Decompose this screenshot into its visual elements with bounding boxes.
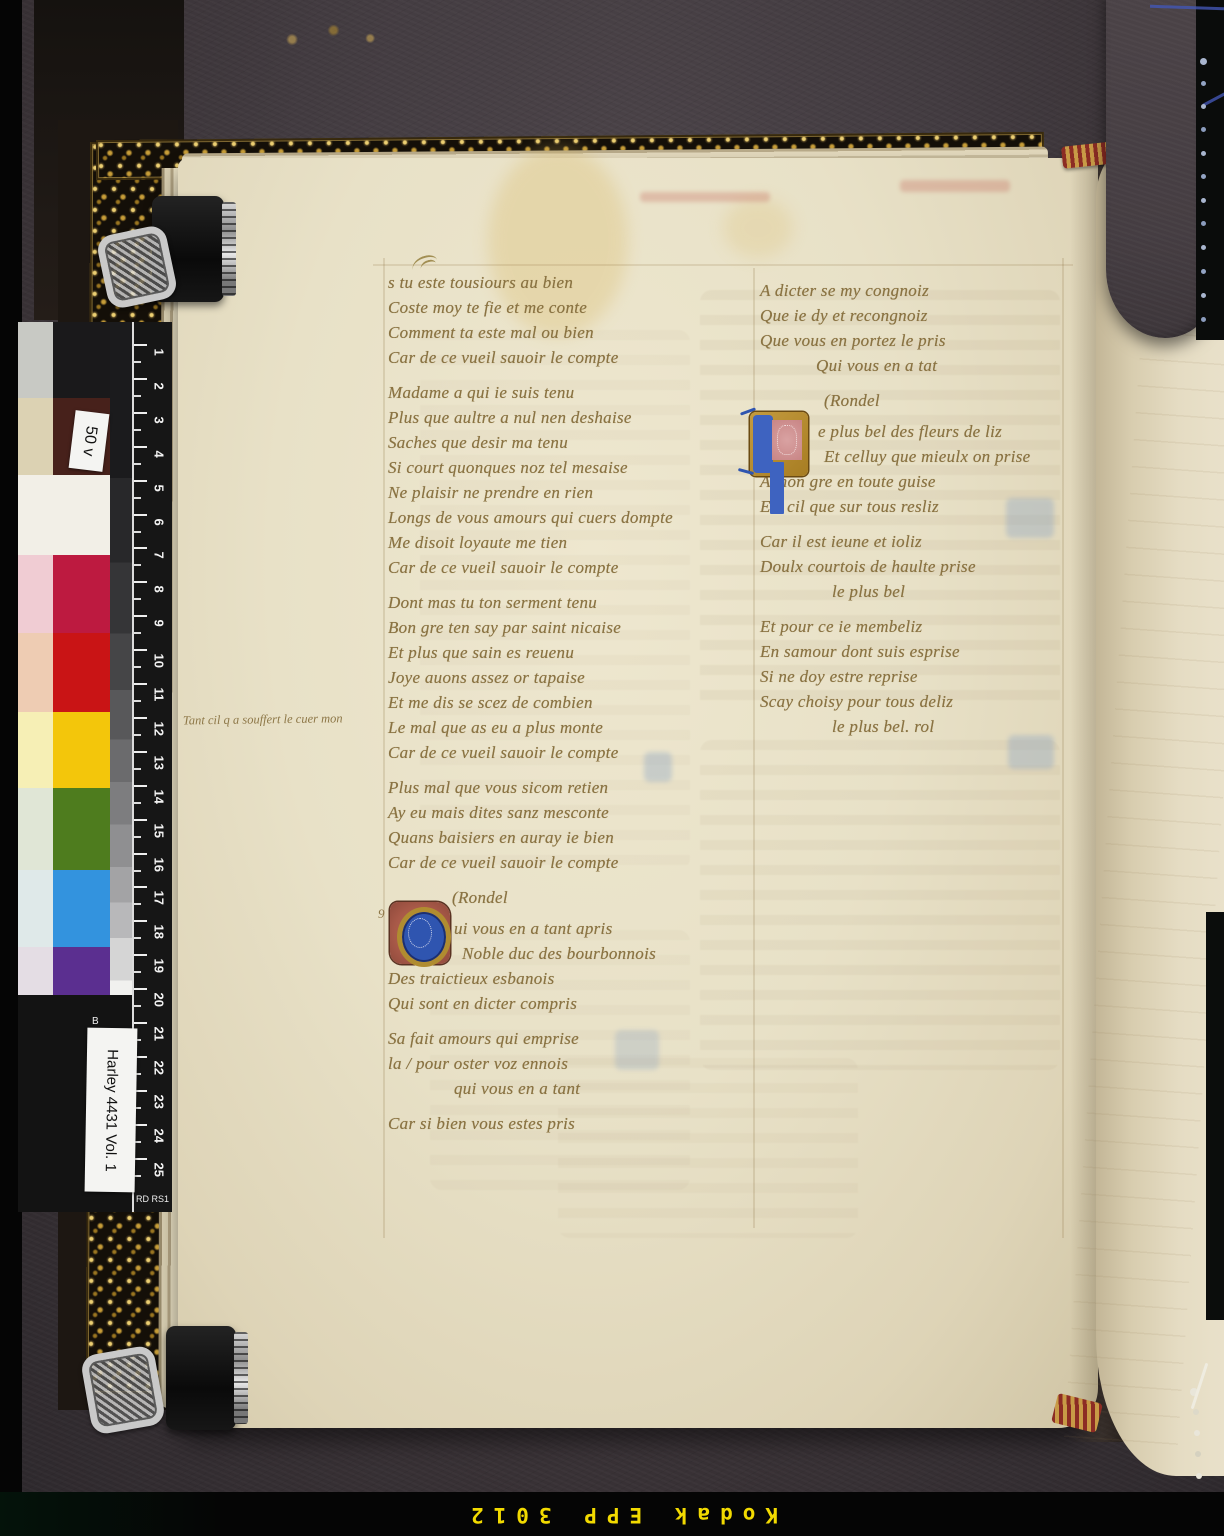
ruler-tick xyxy=(134,971,141,973)
ruler-tick xyxy=(134,412,147,414)
ruler-tick xyxy=(134,1005,141,1007)
stitching-dots xyxy=(1200,58,1207,65)
ruler-tick xyxy=(134,531,141,533)
ruler-number: 22 xyxy=(152,1060,167,1082)
ruler-tick xyxy=(134,700,141,702)
color-patch-strong xyxy=(53,633,110,712)
color-patch-pale xyxy=(18,712,53,788)
ruler-number: 6 xyxy=(152,518,167,540)
text-line: Ne plaisir ne prendre en rien xyxy=(388,480,733,505)
text-line: Car il est ieune et ioliz xyxy=(760,529,1090,554)
ruler-tick xyxy=(134,751,147,753)
ruler-tick xyxy=(134,497,141,499)
text-line: Coste moy te fie et me conte xyxy=(388,295,733,320)
ruler-tick xyxy=(134,666,141,668)
text-line: Et celluy que mieulx on prise xyxy=(760,444,1090,469)
binder-clip-metal-strip xyxy=(234,1332,248,1424)
stanza: Plus mal que vous sicom retienAy eu mais… xyxy=(388,775,733,875)
color-patch-strong xyxy=(53,712,110,788)
ruler-tick xyxy=(134,1158,147,1160)
color-patch-row xyxy=(18,712,110,788)
color-patch-pale xyxy=(18,870,53,947)
text-line: qui vous en a tant xyxy=(388,1076,733,1101)
text-line: Qui vous en a tat xyxy=(760,353,1090,378)
text-line: Plus mal que vous sicom retien xyxy=(388,775,733,800)
text-line: Saches que desir ma tenu xyxy=(388,430,733,455)
color-patch-row xyxy=(18,633,110,712)
stanza: s tu este tousiours au bienCoste moy te … xyxy=(388,270,733,370)
text-line: A dicter se my congnoiz xyxy=(760,278,1090,303)
ruling-line xyxy=(383,258,385,1238)
ruler-tick xyxy=(134,463,141,465)
film-rebate-right xyxy=(1206,912,1224,1320)
text-line: Que ie dy et recongnoiz xyxy=(760,303,1090,328)
stanza: Car si bien vous estes pris xyxy=(388,1111,733,1136)
color-patch-pale xyxy=(18,947,53,995)
ruler-tick xyxy=(134,768,141,770)
color-patch-row xyxy=(18,475,110,555)
initial-filigree xyxy=(777,425,797,455)
ruler-tick xyxy=(134,1175,141,1177)
ruler-number: 1 xyxy=(152,349,167,371)
ruler-tick xyxy=(134,802,141,804)
manuscript-photograph: s tu este tousiours au bienCoste moy te … xyxy=(0,0,1224,1536)
text-line: s tu este tousiours au bien xyxy=(388,270,733,295)
text-line: Car de ce vueil sauoir le compte xyxy=(388,555,733,580)
text-line: la / pour oster voz ennois xyxy=(388,1051,733,1076)
ruler-tick xyxy=(134,954,147,956)
ruler-tick xyxy=(134,785,147,787)
ruler-tick xyxy=(134,683,147,685)
color-patch-pale xyxy=(18,788,53,870)
text-line: Ay eu mais dites sanz mesconte xyxy=(388,800,733,825)
ruler-tick xyxy=(134,1124,147,1126)
ruler-number: 2 xyxy=(152,382,167,404)
stanza: e plus bel des fleurs de lizEt celluy qu… xyxy=(760,419,1090,519)
text-line: En samour dont suis esprise xyxy=(760,639,1090,664)
film-edge-print: Kodak EPP 3012 xyxy=(318,1497,778,1527)
color-patch-pale xyxy=(18,398,53,475)
ruler-number: 12 xyxy=(152,721,167,743)
ruler-tick xyxy=(134,615,147,617)
ruler-tick xyxy=(134,581,147,583)
chart-letter: B xyxy=(92,1016,99,1027)
felt-strap xyxy=(1106,0,1210,338)
ruler-tick xyxy=(134,734,141,736)
shelfmark-label: Harley 4431 Vol. 1 xyxy=(85,1028,138,1193)
ruler-number: 14 xyxy=(152,789,167,811)
ruler-number: 3 xyxy=(152,416,167,438)
binder-clip-handle xyxy=(80,1344,167,1436)
ruler-number: 4 xyxy=(152,450,167,472)
ruler-tick xyxy=(134,344,147,346)
text-line: Que vous en portez le pris xyxy=(760,328,1090,353)
text-line: Plus que aultre a nul nen deshaise xyxy=(388,405,733,430)
illuminated-initial-Q xyxy=(390,902,450,964)
ruler-tick xyxy=(134,903,141,905)
stanza: Madame a qui ie suis tenuPlus que aultre… xyxy=(388,380,733,580)
text-line: Joye auons assez or tapaise xyxy=(388,665,733,690)
ruler-number: 25 xyxy=(152,1162,167,1184)
binder-clip-bottom xyxy=(166,1326,236,1430)
rondel-header: (Rondel xyxy=(760,388,1090,413)
ruler-tick xyxy=(134,564,141,566)
text-line: Quans baisiers en auray ie bien xyxy=(388,825,733,850)
greyscale-strip xyxy=(110,322,132,1030)
text-line: Car de ce vueil sauoir le compte xyxy=(388,345,733,370)
ruler-number: 21 xyxy=(152,1027,167,1049)
stanza: Et pour ce ie membelizEn samour dont sui… xyxy=(760,614,1090,739)
text-line: Si court quonques noz tel mesaise xyxy=(388,455,733,480)
color-patch-row xyxy=(18,870,110,947)
ruler-tick xyxy=(134,446,147,448)
stanza: Car il est ieune et iolizDoulx courtois … xyxy=(760,529,1090,604)
text-line: e plus bel des fleurs de liz xyxy=(760,419,1090,444)
ruler-number: 20 xyxy=(152,993,167,1015)
ruler-number: 15 xyxy=(152,823,167,845)
ruler-tick xyxy=(134,988,147,990)
color-patch-strong xyxy=(53,555,110,633)
ruler-tick xyxy=(134,547,147,549)
ruler-tick xyxy=(134,480,147,482)
ruler-number: 17 xyxy=(152,891,167,913)
text-line: A mon gre en toute guise xyxy=(760,469,1090,494)
initial-filigree xyxy=(408,918,432,948)
ruler-tick xyxy=(134,937,141,939)
ruler-tick xyxy=(134,361,141,363)
text-line: Et pour ce ie membeliz xyxy=(760,614,1090,639)
ruler-tick xyxy=(134,514,147,516)
text-line: Longs de vous amours qui cuers dompte xyxy=(388,505,733,530)
ruler-number: 7 xyxy=(152,552,167,574)
text-line: Me disoit loyaute me tien xyxy=(388,530,733,555)
ruler-number: 19 xyxy=(152,959,167,981)
text-column-right: A dicter se my congnoizQue ie dy et reco… xyxy=(760,278,1090,749)
color-patch-strong xyxy=(53,322,110,398)
ruler-tick xyxy=(134,429,141,431)
illuminated-initial-L xyxy=(750,412,808,476)
ruler-tick xyxy=(134,920,147,922)
ruler-number: 9 xyxy=(152,620,167,642)
color-patch-strong xyxy=(53,788,110,870)
text-line: Madame a qui ie suis tenu xyxy=(388,380,733,405)
marginal-note: Tant cil q a souffert le cuer mon xyxy=(183,710,398,728)
stanza: Sa fait amours qui emprisela / pour oste… xyxy=(388,1026,733,1101)
ruler-tick xyxy=(134,378,147,380)
folio-label: 50 v xyxy=(69,410,110,472)
binder-clip-handle xyxy=(95,224,179,311)
ruler-footer-label: RD RS1 xyxy=(136,1194,169,1204)
color-patch-pale xyxy=(18,633,53,712)
ruler-number: 5 xyxy=(152,484,167,506)
text-line: Qui sont en dicter compris xyxy=(388,991,733,1016)
ruler-tick xyxy=(134,1022,147,1024)
ruler-tick xyxy=(134,598,141,600)
ruler-tick xyxy=(134,649,147,651)
text-line: Comment ta este mal ou bien xyxy=(388,320,733,345)
ruler-tick xyxy=(134,819,147,821)
text-line: Bon gre ten say par saint nicaise xyxy=(388,615,733,640)
gold-glint xyxy=(267,12,390,62)
color-patch-row xyxy=(18,322,110,398)
text-line: Doulx courtois de haulte prise xyxy=(760,554,1090,579)
ruler-number: 10 xyxy=(152,654,167,676)
color-patch-strong xyxy=(53,870,110,947)
stanza: A dicter se my congnoizQue ie dy et reco… xyxy=(760,278,1090,378)
ruler-number: 16 xyxy=(152,857,167,879)
text-line: Car de ce vueil sauoir le compte xyxy=(388,740,733,765)
ruler-tick xyxy=(134,836,141,838)
ruler-tick xyxy=(134,395,141,397)
ruler: RD RS1 123456789101112131415161718192021… xyxy=(132,322,172,1212)
color-patch-row xyxy=(18,555,110,633)
ruler-number: 11 xyxy=(152,688,167,710)
color-calibration-target: RD RS1 123456789101112131415161718192021… xyxy=(18,318,170,1214)
parchment-stain xyxy=(723,198,793,258)
film-rebate-top-right xyxy=(1196,0,1224,340)
ruler-number: 13 xyxy=(152,755,167,777)
ruler-number: 24 xyxy=(152,1128,167,1150)
text-line: Le mal que as eu a plus monte xyxy=(388,715,733,740)
text-line: Sa fait amours qui emprise xyxy=(388,1026,733,1051)
text-line: Car de ce vueil sauoir le compte xyxy=(388,850,733,875)
ruler-tick xyxy=(134,717,147,719)
showthrough-rubric xyxy=(900,180,1010,192)
color-patch-pale xyxy=(18,322,53,398)
ruling-line xyxy=(373,264,1073,266)
ruler-number: 18 xyxy=(152,925,167,947)
text-line: Est cil que sur tous resliz xyxy=(760,494,1090,519)
text-line: Si ne doy estre reprise xyxy=(760,664,1090,689)
ruler-tick xyxy=(134,886,147,888)
text-line: Scay choisy pour tous deliz xyxy=(760,689,1090,714)
text-line: Car si bien vous estes pris xyxy=(388,1111,733,1136)
color-patch-row xyxy=(18,788,110,870)
stanza: Dont mas tu ton serment tenuBon gre ten … xyxy=(388,590,733,765)
color-patch-pale xyxy=(18,555,53,633)
text-line: Dont mas tu ton serment tenu xyxy=(388,590,733,615)
binder-clip-metal-strip xyxy=(222,202,236,296)
ruler-number: 23 xyxy=(152,1094,167,1116)
ruler-tick xyxy=(134,853,147,855)
text-line: Des traictieux esbanois xyxy=(388,966,733,991)
text-line: le plus bel xyxy=(760,579,1090,604)
color-patch xyxy=(18,475,110,555)
showthrough-rubric xyxy=(640,192,770,202)
ruler-tick xyxy=(134,870,141,872)
text-line: le plus bel. rol xyxy=(760,714,1090,739)
text-line: Et plus que sain es reuenu xyxy=(388,640,733,665)
guide-letter: 9 xyxy=(378,906,385,922)
text-column-left: s tu este tousiours au bienCoste moy te … xyxy=(388,270,733,1146)
text-line: Et me dis se scez de combien xyxy=(388,690,733,715)
ruler-number: 8 xyxy=(152,586,167,608)
ruler-tick xyxy=(134,632,141,634)
initial-letter-blue xyxy=(753,415,773,473)
